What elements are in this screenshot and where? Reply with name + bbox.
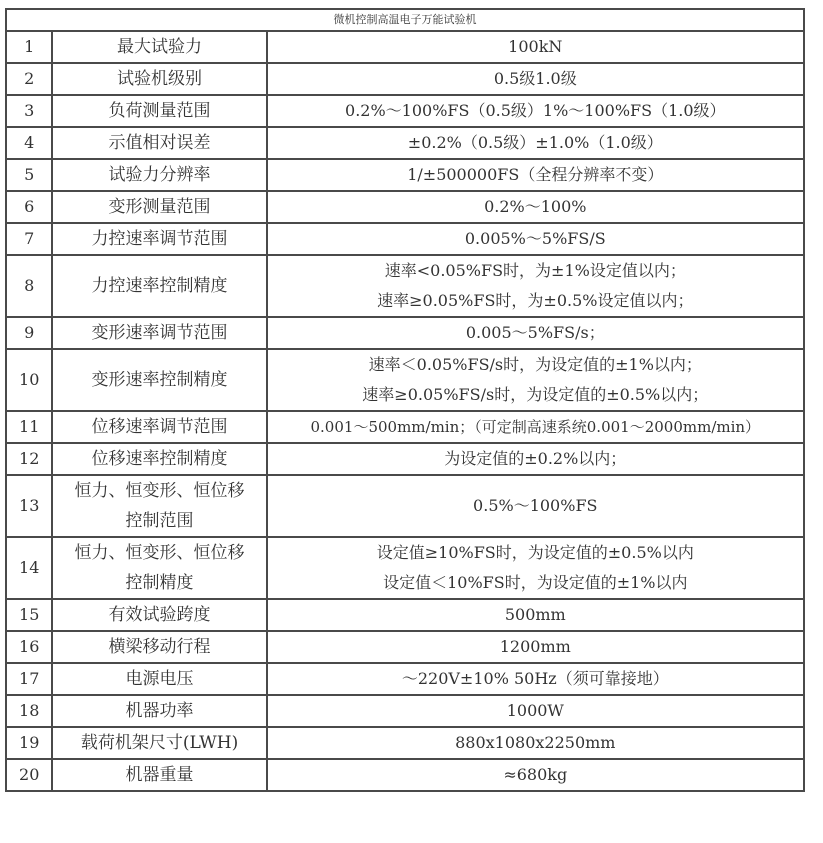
row-number: 11 <box>6 411 52 443</box>
param-name: 试验力分辨率 <box>52 159 266 191</box>
table-row: 19 载荷机架尺寸(LWH) 880x1080x2250mm <box>6 727 804 759</box>
row-number: 6 <box>6 191 52 223</box>
param-name: 有效试验跨度 <box>52 599 266 631</box>
table-row: 5 试验力分辨率 1/±500000FS（全程分辨率不变） <box>6 159 804 191</box>
row-number: 1 <box>6 31 52 63</box>
param-name: 位移速率控制精度 <box>52 443 266 475</box>
title-row: 微机控制高温电子万能试验机 <box>6 9 804 31</box>
table-row: 15 有效试验跨度 500mm <box>6 599 804 631</box>
row-number: 4 <box>6 127 52 159</box>
table-row: 20 机器重量 ≈680kg <box>6 759 804 791</box>
row-number: 14 <box>6 537 52 599</box>
row-number: 7 <box>6 223 52 255</box>
table-row: 4 示值相对误差 ±0.2%（0.5级）±1.0%（1.0级） <box>6 127 804 159</box>
row-number: 2 <box>6 63 52 95</box>
row-number: 3 <box>6 95 52 127</box>
table-row: 6 变形测量范围 0.2%～100% <box>6 191 804 223</box>
param-value: 设定值≥10%FS时，为设定值的±0.5%以内 设定值＜10%FS时，为设定值的… <box>267 537 804 599</box>
param-name: 示值相对误差 <box>52 127 266 159</box>
param-value-line: 速率≥0.05%FS/s时，为设定值的±0.5%以内； <box>270 380 801 410</box>
param-value-line: 速率＜0.05%FS/s时，为设定值的±1%以内； <box>270 350 801 380</box>
param-value: 100kN <box>267 31 804 63</box>
param-value: 0.001～500mm/min；（可定制高速系统0.001～2000mm/min… <box>267 411 804 443</box>
row-number: 18 <box>6 695 52 727</box>
row-number: 12 <box>6 443 52 475</box>
param-value: 1/±500000FS（全程分辨率不变） <box>267 159 804 191</box>
table-row: 7 力控速率调节范围 0.005%～5%FS/S <box>6 223 804 255</box>
param-name: 负荷测量范围 <box>52 95 266 127</box>
table-row: 8 力控速率控制精度 速率<0.05%FS时，为±1%设定值以内； 速率≥0.0… <box>6 255 804 317</box>
row-number: 19 <box>6 727 52 759</box>
param-name: 最大试验力 <box>52 31 266 63</box>
param-name-line: 控制范围 <box>55 506 263 536</box>
param-name: 位移速率调节范围 <box>52 411 266 443</box>
param-name: 试验机级别 <box>52 63 266 95</box>
row-number: 20 <box>6 759 52 791</box>
table-row: 16 横梁移动行程 1200mm <box>6 631 804 663</box>
row-number: 5 <box>6 159 52 191</box>
table-row: 2 试验机级别 0.5级1.0级 <box>6 63 804 95</box>
param-value: 1000W <box>267 695 804 727</box>
spec-table: 微机控制高温电子万能试验机 1 最大试验力 100kN 2 试验机级别 0.5级… <box>5 8 805 792</box>
table-row: 13 恒力、恒变形、恒位移 控制范围 0.5%～100%FS <box>6 475 804 537</box>
param-name: 载荷机架尺寸(LWH) <box>52 727 266 759</box>
param-name: 机器功率 <box>52 695 266 727</box>
param-name: 机器重量 <box>52 759 266 791</box>
table-row: 1 最大试验力 100kN <box>6 31 804 63</box>
param-name-line: 恒力、恒变形、恒位移 <box>55 538 263 568</box>
table-row: 14 恒力、恒变形、恒位移 控制精度 设定值≥10%FS时，为设定值的±0.5%… <box>6 537 804 599</box>
param-value: 0.2%～100% <box>267 191 804 223</box>
param-value-line: 设定值≥10%FS时，为设定值的±0.5%以内 <box>270 538 801 568</box>
param-value: 0.005%～5%FS/S <box>267 223 804 255</box>
param-value: 0.5%～100%FS <box>267 475 804 537</box>
param-value-line: 速率≥0.05%FS时，为±0.5%设定值以内； <box>270 286 801 316</box>
table-row: 18 机器功率 1000W <box>6 695 804 727</box>
param-value: 500mm <box>267 599 804 631</box>
row-number: 13 <box>6 475 52 537</box>
param-value: ≈680kg <box>267 759 804 791</box>
param-name: 恒力、恒变形、恒位移 控制范围 <box>52 475 266 537</box>
param-name-line: 恒力、恒变形、恒位移 <box>55 476 263 506</box>
table-row: 11 位移速率调节范围 0.001～500mm/min；（可定制高速系统0.00… <box>6 411 804 443</box>
param-name: 横梁移动行程 <box>52 631 266 663</box>
param-value-line: 速率<0.05%FS时，为±1%设定值以内； <box>270 256 801 286</box>
param-name: 变形测量范围 <box>52 191 266 223</box>
row-number: 10 <box>6 349 52 411</box>
param-value: 880x1080x2250mm <box>267 727 804 759</box>
param-value-line: 设定值＜10%FS时，为设定值的±1%以内 <box>270 568 801 598</box>
table-row: 9 变形速率调节范围 0.005～5%FS/s； <box>6 317 804 349</box>
table-row: 3 负荷测量范围 0.2%～100%FS（0.5级）1%～100%FS（1.0级… <box>6 95 804 127</box>
param-value: ～220V±10% 50Hz（须可靠接地） <box>267 663 804 695</box>
table-row: 10 变形速率控制精度 速率＜0.05%FS/s时，为设定值的±1%以内； 速率… <box>6 349 804 411</box>
param-value: 速率＜0.05%FS/s时，为设定值的±1%以内； 速率≥0.05%FS/s时，… <box>267 349 804 411</box>
param-name: 变形速率控制精度 <box>52 349 266 411</box>
param-value: 1200mm <box>267 631 804 663</box>
row-number: 16 <box>6 631 52 663</box>
param-name: 恒力、恒变形、恒位移 控制精度 <box>52 537 266 599</box>
row-number: 8 <box>6 255 52 317</box>
param-name: 变形速率调节范围 <box>52 317 266 349</box>
param-value: ±0.2%（0.5级）±1.0%（1.0级） <box>267 127 804 159</box>
param-value: 0.2%～100%FS（0.5级）1%～100%FS（1.0级） <box>267 95 804 127</box>
param-value: 0.5级1.0级 <box>267 63 804 95</box>
table-row: 12 位移速率控制精度 为设定值的±0.2%以内； <box>6 443 804 475</box>
table-row: 17 电源电压 ～220V±10% 50Hz（须可靠接地） <box>6 663 804 695</box>
param-name: 电源电压 <box>52 663 266 695</box>
param-name-line: 控制精度 <box>55 568 263 598</box>
row-number: 17 <box>6 663 52 695</box>
param-value: 0.005～5%FS/s； <box>267 317 804 349</box>
row-number: 9 <box>6 317 52 349</box>
param-name: 力控速率调节范围 <box>52 223 266 255</box>
table-title: 微机控制高温电子万能试验机 <box>6 9 804 31</box>
row-number: 15 <box>6 599 52 631</box>
param-value: 速率<0.05%FS时，为±1%设定值以内； 速率≥0.05%FS时，为±0.5… <box>267 255 804 317</box>
param-name: 力控速率控制精度 <box>52 255 266 317</box>
param-value: 为设定值的±0.2%以内； <box>267 443 804 475</box>
